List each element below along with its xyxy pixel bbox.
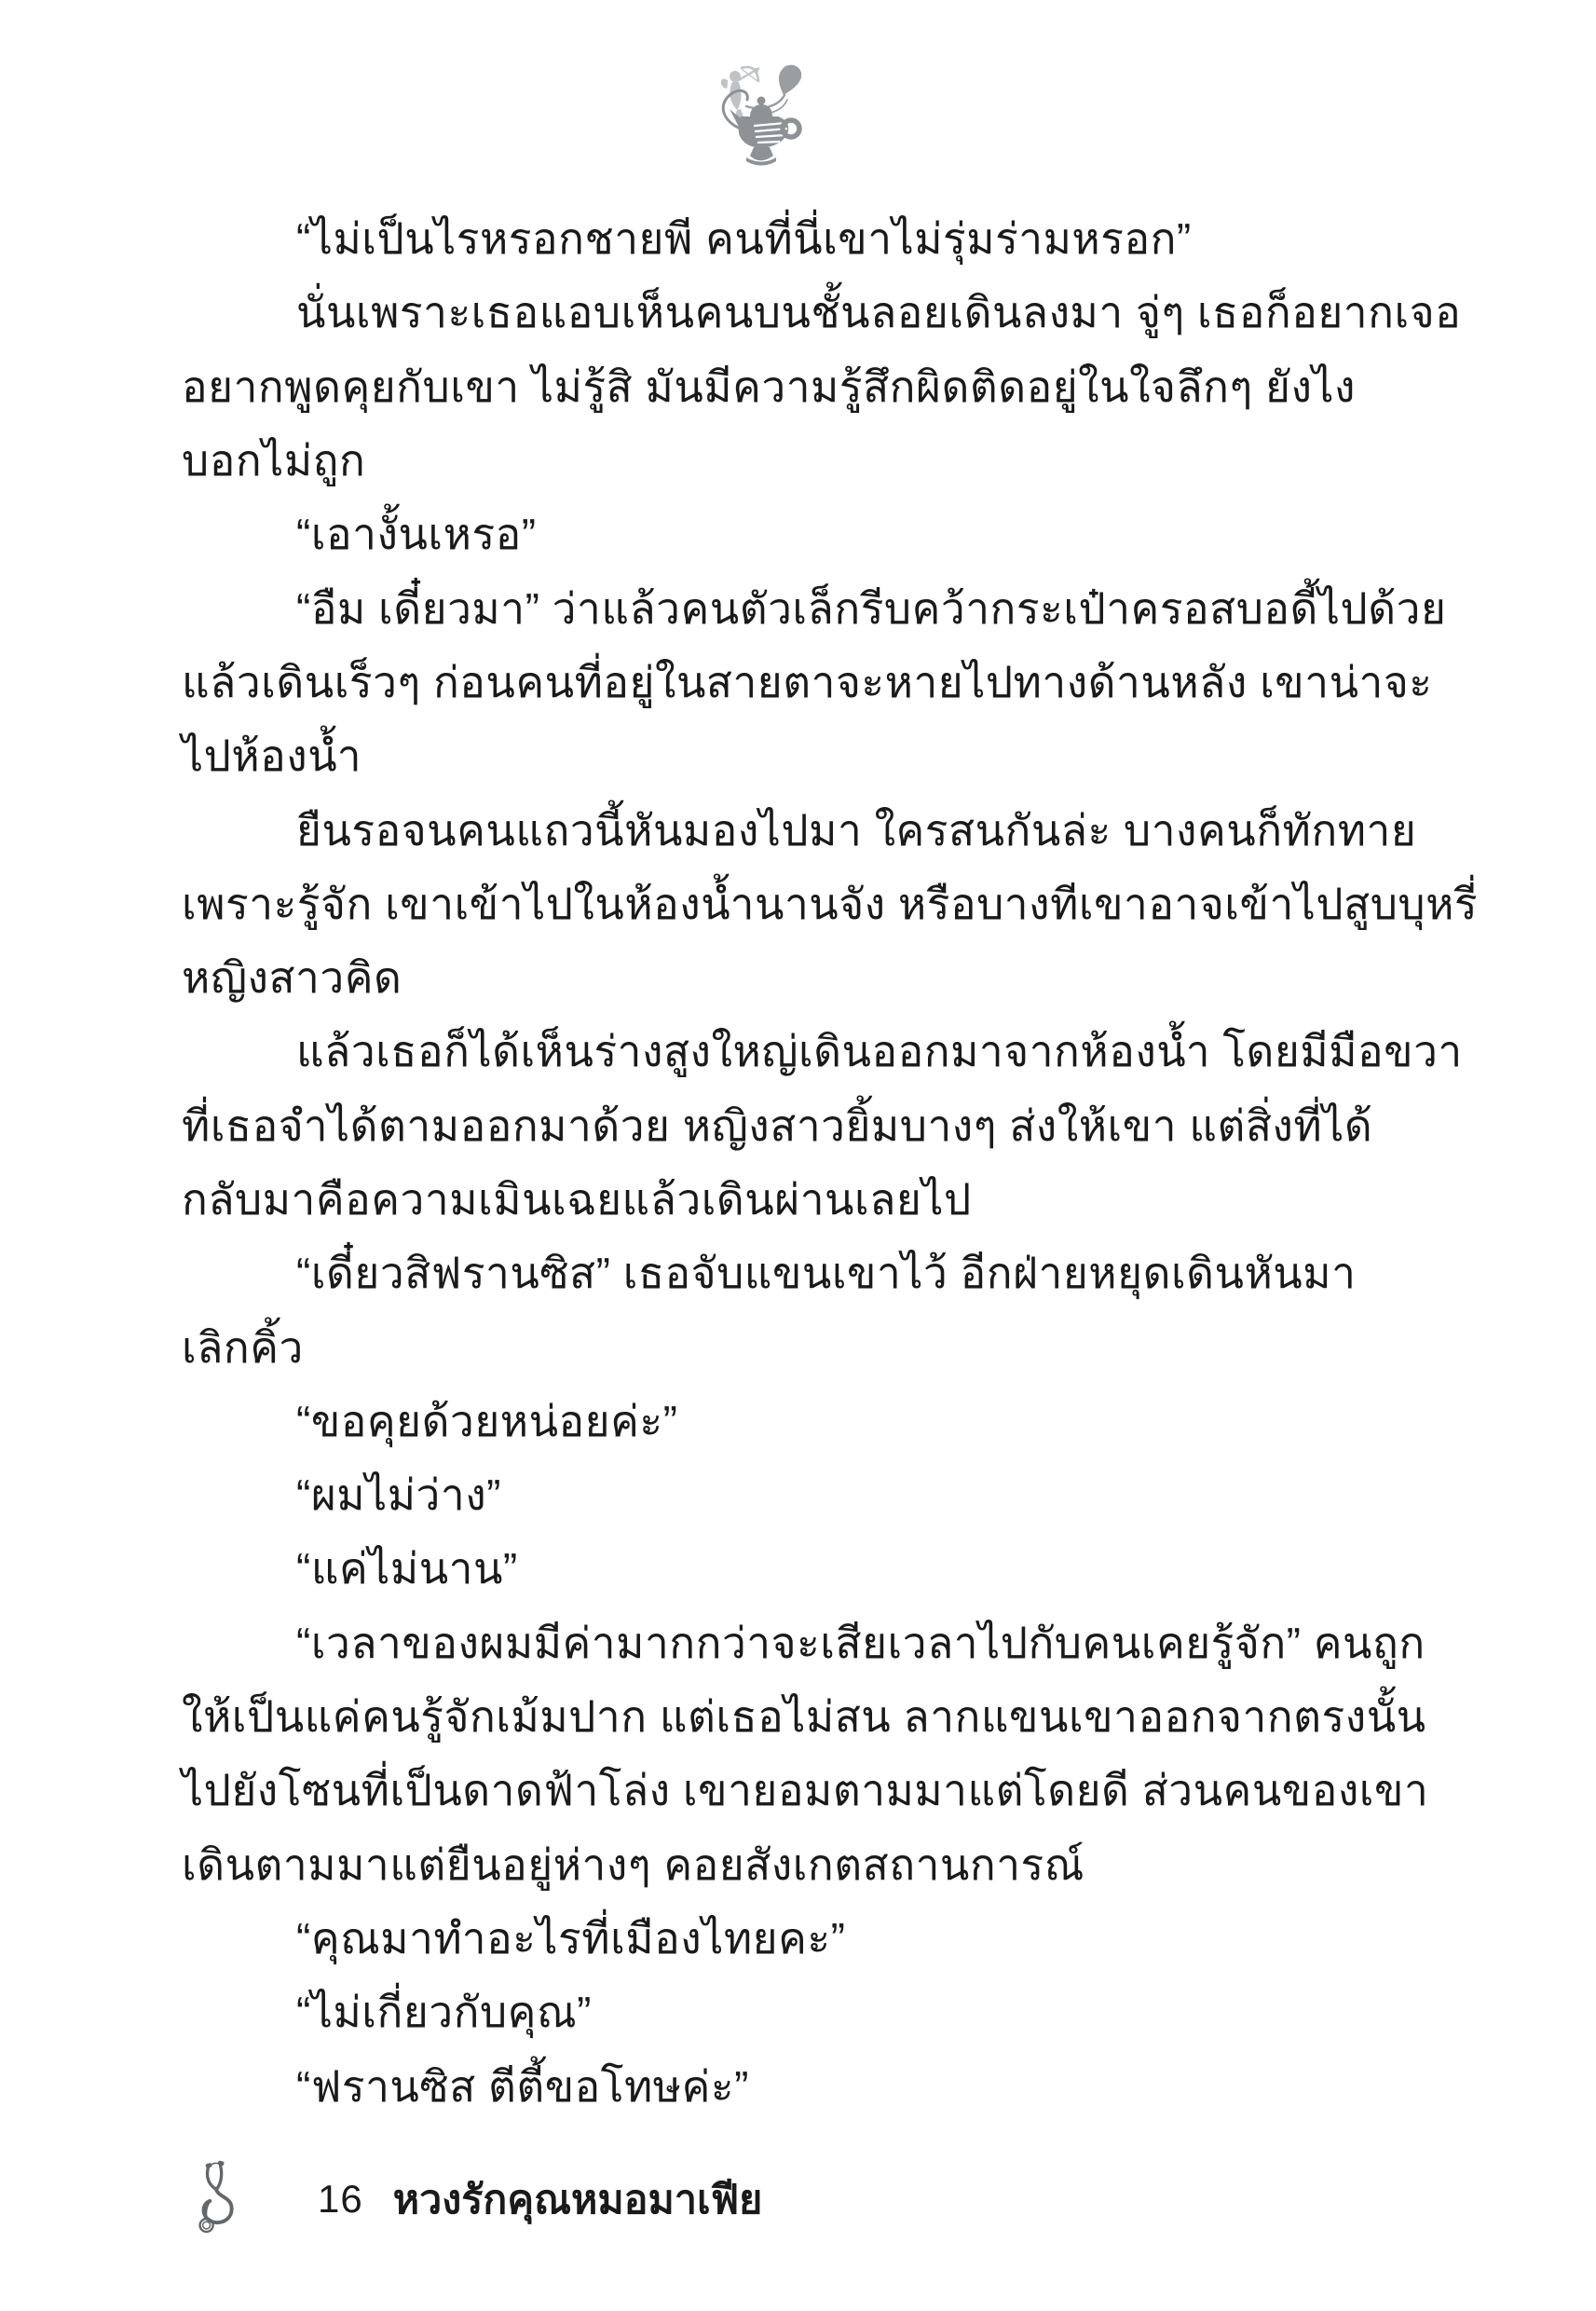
page-number: 16 bbox=[318, 2177, 363, 2222]
text-line: “อืม เดี๋ยวมา” ว่าแล้วคนตัวเล็กรีบคว้ากร… bbox=[182, 571, 1328, 645]
text-line: “แค่ไม่นาน” bbox=[182, 1532, 1328, 1606]
text-line: ไปยังโซนที่เป็นดาดฟ้าโล่ง เขายอมตามมาแต่… bbox=[182, 1754, 1328, 1827]
page-footer: 16 หวงรักคุณหมอมาเฟีย bbox=[191, 2160, 762, 2238]
text-line: กลับมาคือความเมินเฉยแล้วเดินผ่านเลยไป bbox=[182, 1163, 1328, 1237]
text-block: “ไม่เป็นไรหรอกชายพี คนที่นี่เขาไม่รุ่มร่… bbox=[182, 202, 1328, 2124]
text-line: ที่เธอจำได้ตามออกมาด้วย หญิงสาวยิ้มบางๆ … bbox=[182, 1089, 1328, 1163]
book-title: หวงรักคุณหมอมาเฟีย bbox=[393, 2167, 763, 2231]
text-line: “ไม่เป็นไรหรอกชายพี คนที่นี่เขาไม่รุ่มร่… bbox=[182, 202, 1328, 276]
cupid-lamp-ornament-graphic bbox=[702, 56, 815, 168]
stethoscope-icon bbox=[191, 2160, 238, 2238]
text-line: เลิกคิ้ว bbox=[182, 1310, 1328, 1384]
text-line: หญิงสาวคิด bbox=[182, 941, 1328, 1015]
text-line: “เวลาของผมมีค่ามากกว่าจะเสียเวลาไปกับคนเ… bbox=[182, 1607, 1328, 1680]
cupid-lamp-ornament-icon bbox=[702, 56, 815, 168]
text-line: “ฟรานซิส ตีตี้ขอโทษค่ะ” bbox=[182, 2049, 1328, 2123]
text-line: แล้วเดินเร็วๆ ก่อนคนที่อยู่ในสายตาจะหายไ… bbox=[182, 646, 1328, 719]
text-line: นั่นเพราะเธอแอบเห็นคนบนชั้นลอยเดินลงมา จ… bbox=[182, 276, 1328, 349]
text-line: แล้วเธอก็ได้เห็นร่างสูงใหญ่เดินออกมาจากห… bbox=[182, 1015, 1328, 1088]
text-line: บอกไม่ถูก bbox=[182, 424, 1328, 498]
text-line: “เดี๋ยวสิฟรานซิส” เธอจับแขนเขาไว้ อีกฝ่า… bbox=[182, 1237, 1328, 1310]
stethoscope-graphic bbox=[191, 2160, 238, 2238]
text-line: ไปห้องน้ำ bbox=[182, 719, 1328, 793]
book-page: “ไม่เป็นไรหรอกชายพี คนที่นี่เขาไม่รุ่มร่… bbox=[0, 0, 1596, 2311]
text-line: เดินตามมาแต่ยืนอยู่ห่างๆ คอยสังเกตสถานกา… bbox=[182, 1828, 1328, 1902]
text-line: “คุณมาทำอะไรที่เมืองไทยคะ” bbox=[182, 1902, 1328, 1976]
text-line: ให้เป็นแค่คนรู้จักเม้มปาก แต่เธอไม่สน ลา… bbox=[182, 1680, 1328, 1754]
text-line: “เอางั้นเหรอ” bbox=[182, 498, 1328, 571]
text-line: “ขอคุยด้วยหน่อยค่ะ” bbox=[182, 1385, 1328, 1458]
text-line: อยากพูดคุยกับเขา ไม่รู้สิ มันมีความรู้สึ… bbox=[182, 350, 1328, 424]
text-line: เพราะรู้จัก เขาเข้าไปในห้องน้ำนานจัง หรื… bbox=[182, 868, 1328, 941]
text-line: ยืนรอจนคนแถวนี้หันมองไปมา ใครสนกันล่ะ บา… bbox=[182, 793, 1328, 867]
text-line: “ผมไม่ว่าง” bbox=[182, 1458, 1328, 1532]
text-line: “ไม่เกี่ยวกับคุณ” bbox=[182, 1976, 1328, 2049]
